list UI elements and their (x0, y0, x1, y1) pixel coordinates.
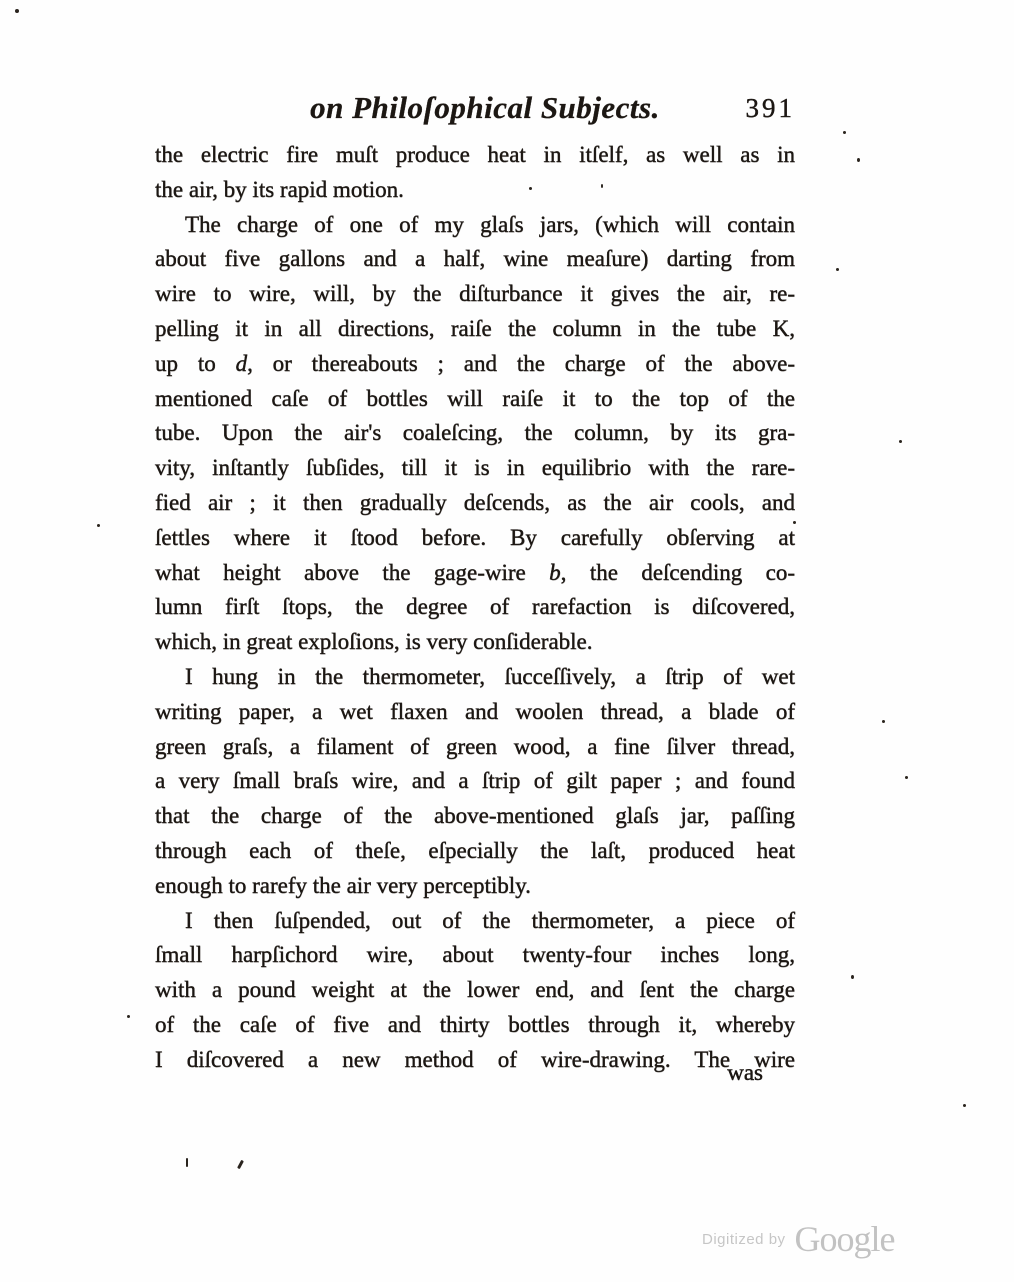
text-line: ſmall harpſichord wire, about twenty-fou… (155, 938, 795, 973)
ink-speck (857, 158, 860, 162)
book-page-scan: on Philoſophical Subjects. 391 the elect… (0, 0, 1014, 1282)
google-logo: Google (795, 1218, 895, 1260)
text-line: lumn firſt ſtops, the degree of rarefact… (155, 590, 795, 625)
text-line: The charge of one of my glaſs jars, (whi… (155, 208, 795, 243)
ink-speck (127, 1015, 130, 1018)
text-line: writing paper, a wet flaxen and woolen t… (155, 695, 795, 730)
ink-speck (186, 1158, 188, 1167)
paragraph: I hung in the thermometer, ſucceſſively,… (155, 660, 795, 904)
running-title: on Philoſophical Subjects. (165, 90, 805, 126)
ink-speck (529, 187, 532, 190)
text-line: mentioned caſe of bottles will raiſe it … (155, 382, 795, 417)
paragraph: I then ſuſpended, out of the thermometer… (155, 904, 795, 1078)
paragraph: the electric fire muſt produce heat in i… (155, 138, 795, 208)
catchword: was (155, 1060, 795, 1086)
text-line: enough to rarefy the air very perceptibl… (155, 869, 795, 904)
text-line: fied air ; it then gradually deſcends, a… (155, 486, 795, 521)
text-line: tube. Upon the air's coaleſcing, the col… (155, 416, 795, 451)
ink-speck (836, 268, 839, 271)
ink-speck (15, 9, 19, 13)
text-line: through each of theſe, eſpecially the la… (155, 834, 795, 869)
ink-speck (899, 440, 902, 443)
text-line: what height above the gage-wire b, the d… (155, 556, 795, 591)
text-line: vity, inſtantly ſubſides, till it is in … (155, 451, 795, 486)
text-line: of the caſe of five and thirty bottles t… (155, 1008, 795, 1043)
text-line: green graſs, a filament of green wood, a… (155, 730, 795, 765)
digitization-watermark: Digitized by Google (702, 1218, 895, 1260)
text-line: wire to wire, will, by the diſturbance i… (155, 277, 795, 312)
page-header: on Philoſophical Subjects. 391 (155, 90, 795, 132)
text-line: with a pound weight at the lower end, an… (155, 973, 795, 1008)
ink-speck (905, 776, 908, 779)
text-line: up to d, or thereabouts ; and the charge… (155, 347, 795, 382)
text-line: pelling it in all directions, raiſe the … (155, 312, 795, 347)
text-line: I then ſuſpended, out of the thermometer… (155, 904, 795, 939)
text-line: ſettles where it ſtood before. By carefu… (155, 521, 795, 556)
text-line: a very ſmall braſs wire, and a ſtrip of … (155, 764, 795, 799)
ink-speck (97, 524, 100, 527)
ink-speck (851, 975, 854, 979)
text-line: which, in great exploſions, is very conſ… (155, 625, 795, 660)
ink-speck (793, 521, 796, 524)
text-line: the air, by its rapid motion. (155, 173, 795, 208)
text-line: I hung in the thermometer, ſucceſſively,… (155, 660, 795, 695)
text-line: about five gallons and a half, wine meaſ… (155, 242, 795, 277)
text-line: the electric fire muſt produce heat in i… (155, 138, 795, 173)
paragraph: The charge of one of my glaſs jars, (whi… (155, 208, 795, 660)
digitized-by-label: Digitized by (702, 1231, 786, 1248)
ink-speck (963, 1104, 966, 1107)
ink-speck (843, 131, 846, 134)
body-text: the electric fire muſt produce heat in i… (155, 138, 795, 1078)
text-line: that the charge of the above-mentioned g… (155, 799, 795, 834)
ink-speck (882, 720, 885, 723)
ink-speck (237, 1160, 244, 1169)
ink-speck (601, 184, 603, 188)
page-number: 391 (746, 93, 796, 124)
